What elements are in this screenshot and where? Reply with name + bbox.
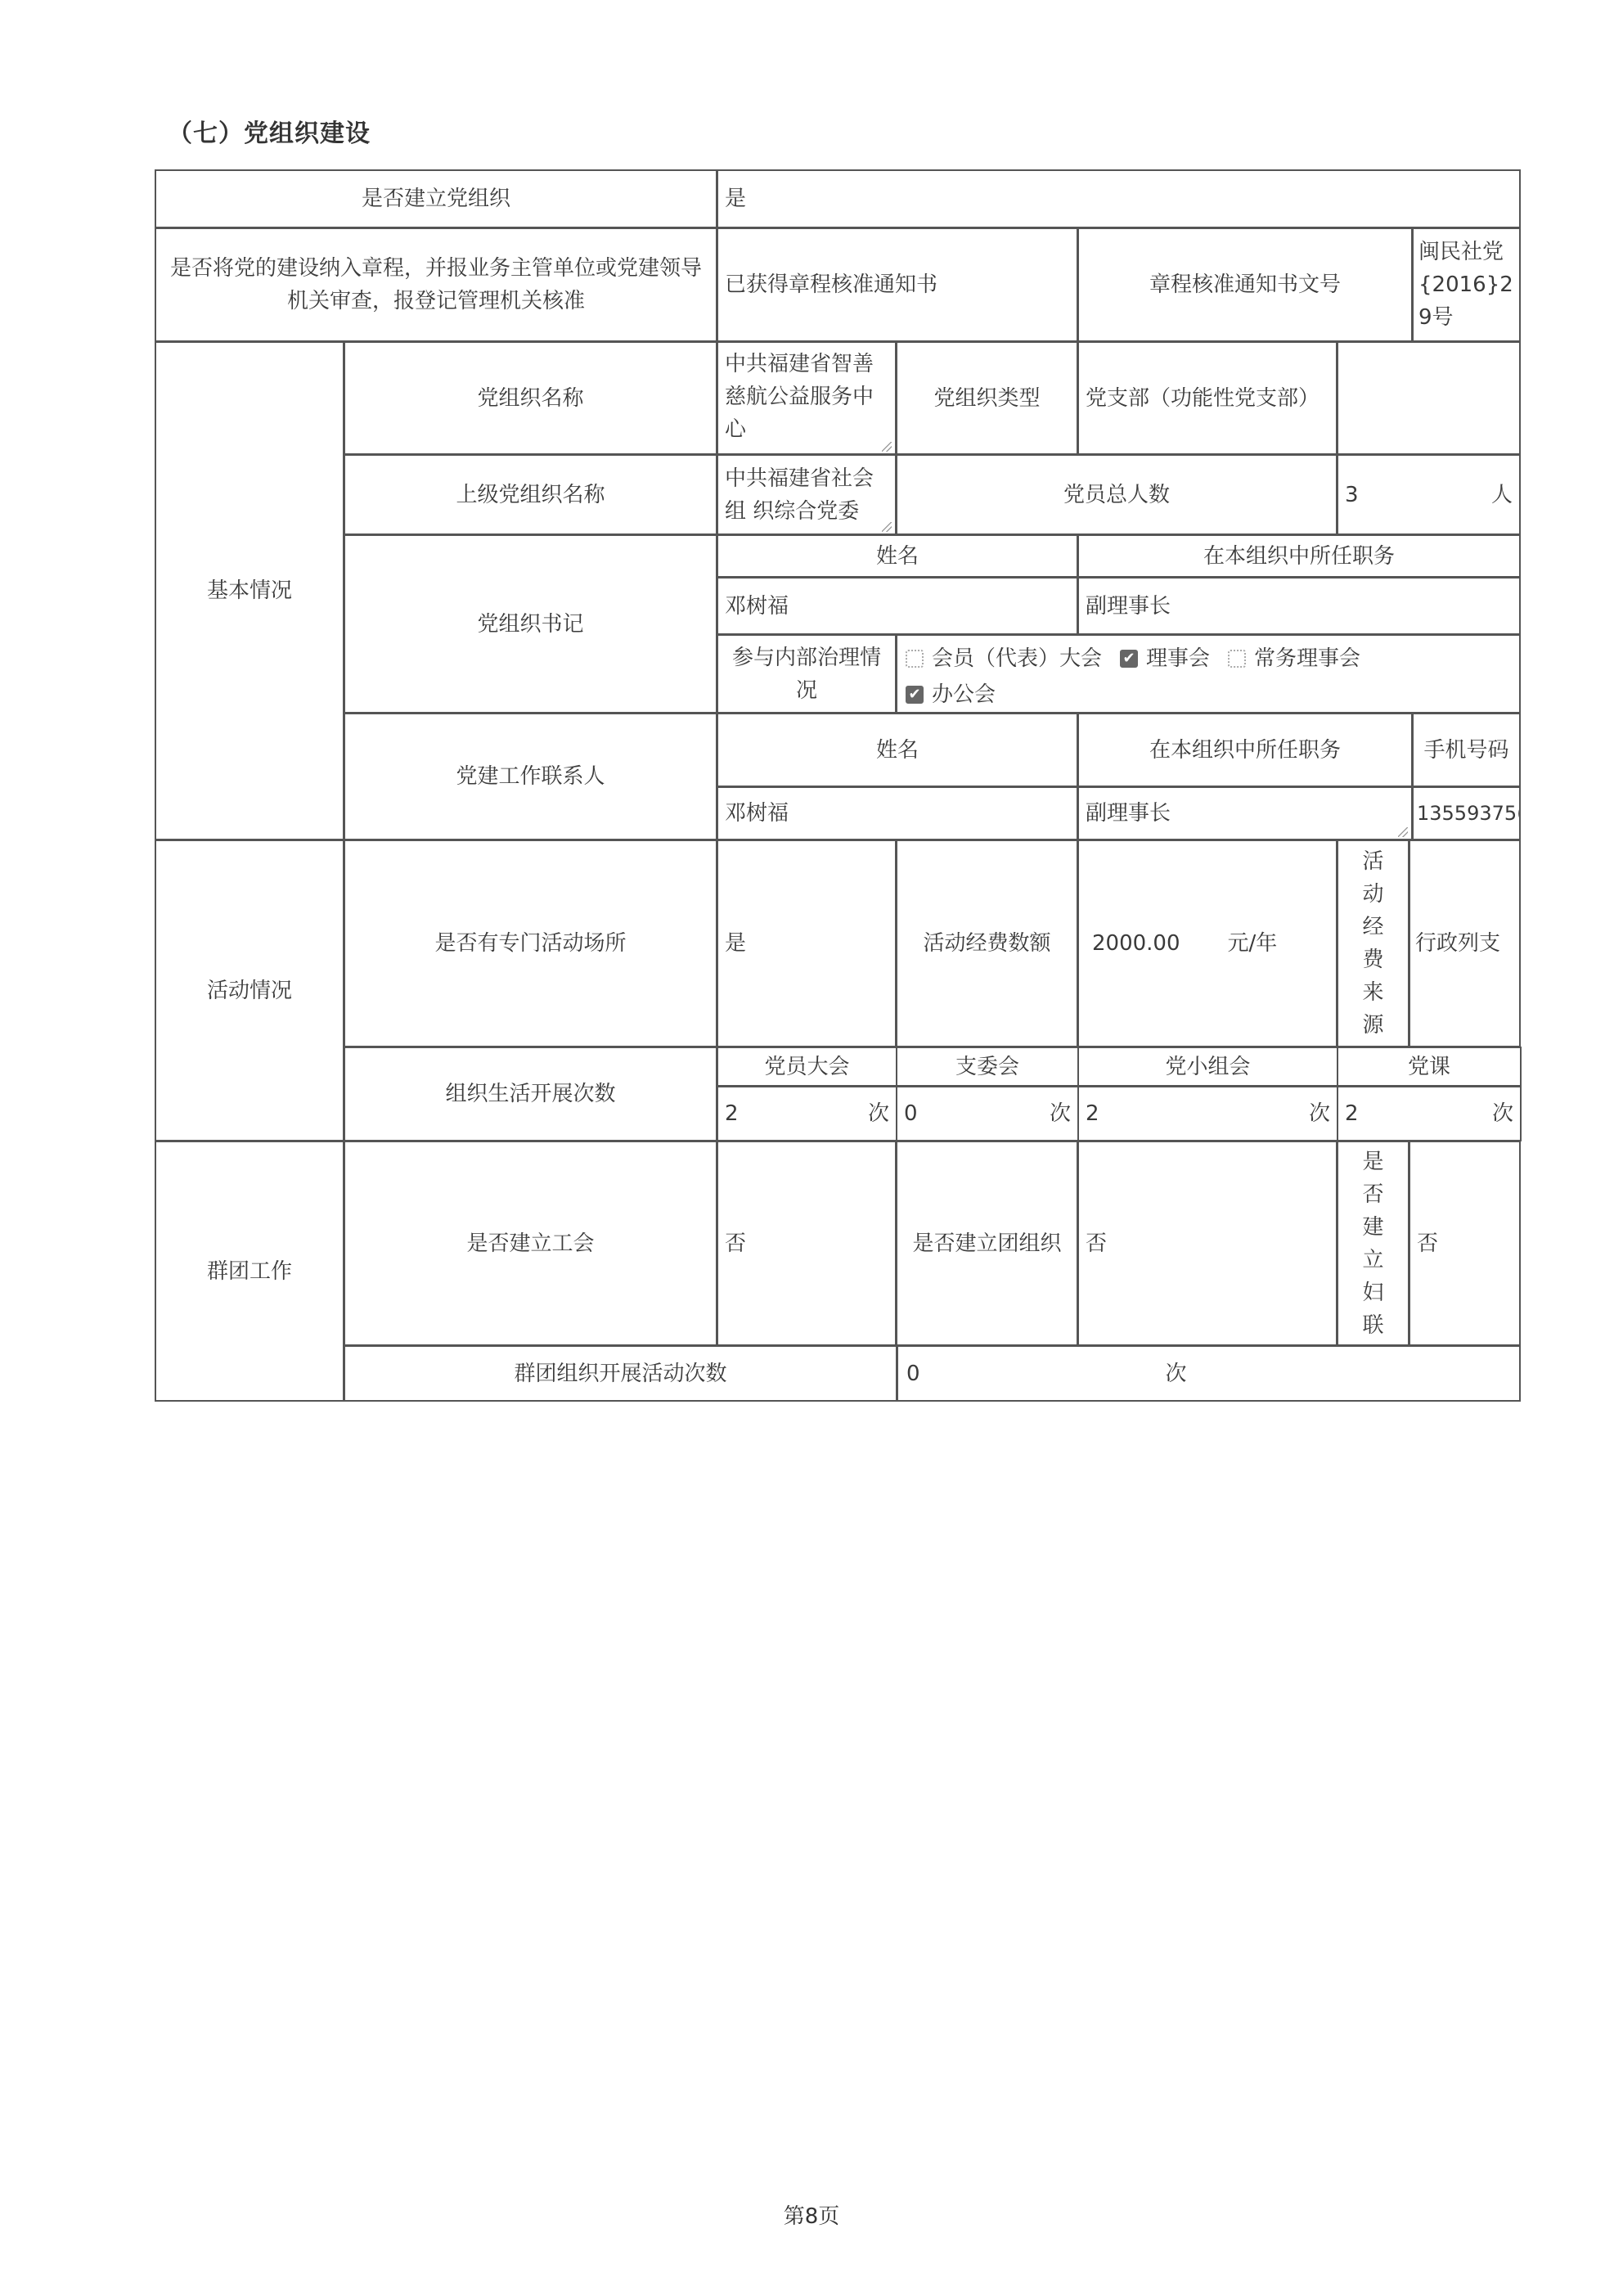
charter-label: 是否将党的建设纳入章程，并报业务主管单位或党建领导机关审查，报登记管理机关核准 bbox=[155, 227, 717, 342]
activity-group-text: 活动情况 bbox=[207, 975, 292, 1007]
secretary-label: 党组织书记 bbox=[344, 534, 717, 714]
contact-phone-header: 手机号码 bbox=[1412, 713, 1521, 787]
meeting-count: 2 bbox=[725, 1097, 739, 1130]
org-name-value[interactable]: 中共福建省智善慈航公益服务中心 bbox=[717, 341, 897, 455]
secretary-position-header-text: 在本组织中所任职务 bbox=[1203, 540, 1395, 573]
checkbox-unchecked-icon[interactable] bbox=[906, 650, 924, 668]
governance-option-label: 会员（代表）大会 bbox=[932, 642, 1102, 675]
charter-doc-label: 章程核准通知书文号 bbox=[1077, 227, 1413, 342]
org-name-label: 党组织名称 bbox=[344, 341, 717, 455]
vertical-char: 是 bbox=[1362, 1146, 1383, 1178]
youth-value-text: 否 bbox=[1086, 1227, 1107, 1260]
resize-handle-icon[interactable] bbox=[882, 522, 892, 532]
governance-label-text: 参与内部治理情况 bbox=[730, 642, 883, 707]
venue-value[interactable]: 是 bbox=[717, 840, 897, 1047]
vertical-char: 动 bbox=[1362, 878, 1383, 911]
meetings-label-text: 组织生活开展次数 bbox=[445, 1078, 615, 1110]
meeting-count-unit: 次 bbox=[1050, 1097, 1071, 1130]
contact-name-value[interactable]: 邓树福 bbox=[717, 786, 1078, 840]
contact-name-text: 邓树福 bbox=[725, 797, 789, 830]
governance-option[interactable]: ✔办公会 bbox=[906, 678, 1468, 711]
member-count-field[interactable]: 3 人 bbox=[1337, 454, 1521, 535]
meeting-header: 党员大会 bbox=[717, 1047, 897, 1087]
member-count-unit: 人 bbox=[1491, 479, 1513, 511]
funds-source-value-text: 行政列支 bbox=[1415, 927, 1500, 960]
vertical-char: 活 bbox=[1362, 845, 1383, 878]
women-value[interactable]: 否 bbox=[1409, 1141, 1521, 1346]
parent-org-value[interactable]: 中共福建省社会组 织综合党委 bbox=[717, 454, 897, 535]
resize-handle-icon[interactable] bbox=[882, 442, 892, 452]
mass-group-text: 群团工作 bbox=[207, 1255, 292, 1288]
governance-option-label: 常务理事会 bbox=[1254, 642, 1360, 675]
basic-group-text: 基本情况 bbox=[207, 574, 292, 607]
governance-option-label: 理事会 bbox=[1146, 642, 1210, 675]
section-title: （七）党组织建设 bbox=[168, 113, 371, 149]
vertical-char: 费 bbox=[1362, 943, 1383, 976]
meeting-count-field[interactable]: 2次 bbox=[1077, 1086, 1338, 1141]
org-type-label-text: 党组织类型 bbox=[933, 382, 1040, 415]
contact-phone-value[interactable]: 13559375( bbox=[1412, 786, 1521, 840]
youth-value[interactable]: 否 bbox=[1077, 1141, 1338, 1346]
secretary-name-header-text: 姓名 bbox=[876, 540, 919, 573]
venue-label-text: 是否有专门活动场所 bbox=[434, 927, 626, 960]
venue-value-text: 是 bbox=[725, 927, 746, 960]
meeting-count-field[interactable]: 0次 bbox=[896, 1086, 1079, 1141]
funds-field[interactable]: 2000.00 元/年 bbox=[1077, 840, 1338, 1047]
parent-org-label: 上级党组织名称 bbox=[344, 454, 717, 535]
charter-doc-value[interactable]: 闽民社党{2016}29号 bbox=[1412, 227, 1521, 342]
secretary-name-header: 姓名 bbox=[717, 534, 1078, 578]
contact-label: 党建工作联系人 bbox=[344, 713, 717, 840]
meeting-count: 2 bbox=[1086, 1097, 1099, 1130]
secretary-label-text: 党组织书记 bbox=[477, 608, 583, 641]
charter-doc-value-text: 闽民社党{2016}29号 bbox=[1418, 236, 1514, 334]
secretary-name-text: 邓树福 bbox=[725, 590, 789, 623]
member-count-value: 3 bbox=[1345, 479, 1359, 511]
vertical-char: 建 bbox=[1362, 1211, 1383, 1244]
vertical-char: 源 bbox=[1362, 1009, 1383, 1042]
secretary-name-value[interactable]: 邓树福 bbox=[717, 577, 1078, 635]
checkbox-checked-icon[interactable]: ✔ bbox=[906, 686, 924, 704]
org-type-extra[interactable] bbox=[1337, 341, 1521, 455]
meeting-count-unit: 次 bbox=[868, 1097, 889, 1130]
org-type-value[interactable]: 党支部（功能性党支部） bbox=[1077, 341, 1338, 455]
meeting-count: 2 bbox=[1345, 1097, 1359, 1130]
union-value-text: 否 bbox=[725, 1227, 746, 1260]
member-count-label-text: 党员总人数 bbox=[1063, 479, 1170, 511]
meeting-count-unit: 次 bbox=[1492, 1097, 1513, 1130]
org-name-label-text: 党组织名称 bbox=[477, 382, 583, 415]
charter-value-text: 已获得章程核准通知书 bbox=[725, 268, 937, 301]
governance-option[interactable]: 会员（代表）大会 bbox=[906, 642, 1102, 675]
vertical-char: 否 bbox=[1362, 1178, 1383, 1211]
meeting-header: 党课 bbox=[1337, 1047, 1522, 1087]
funds-value: 2000.00 bbox=[1092, 927, 1180, 960]
checkbox-checked-icon[interactable]: ✔ bbox=[1120, 650, 1138, 668]
member-count-label: 党员总人数 bbox=[896, 454, 1338, 535]
union-label-text: 是否建立工会 bbox=[466, 1227, 594, 1260]
meetings-label: 组织生活开展次数 bbox=[344, 1047, 717, 1141]
mass-activities-count: 0 bbox=[906, 1357, 920, 1390]
secretary-position-text: 副理事长 bbox=[1086, 590, 1171, 623]
venue-label: 是否有专门活动场所 bbox=[344, 840, 717, 1047]
governance-checkbox-list: 会员（代表）大会✔理事会常务理事会✔办公会 bbox=[897, 636, 1477, 718]
meeting-count-unit: 次 bbox=[1309, 1097, 1330, 1130]
org-type-label: 党组织类型 bbox=[896, 341, 1078, 455]
women-value-text: 否 bbox=[1417, 1227, 1438, 1260]
youth-label-text: 是否建立团组织 bbox=[912, 1227, 1061, 1260]
secretary-position-header: 在本组织中所任职务 bbox=[1077, 534, 1521, 578]
vertical-char: 立 bbox=[1362, 1244, 1383, 1276]
funds-source-value[interactable]: 行政列支 bbox=[1409, 840, 1521, 1047]
funds-source-label: 活动经费来源 bbox=[1337, 840, 1409, 1047]
resize-handle-icon[interactable] bbox=[1398, 827, 1408, 837]
mass-activities-field[interactable]: 0 次 bbox=[897, 1345, 1521, 1402]
mass-group-label: 群团工作 bbox=[155, 1141, 344, 1402]
contact-label-text: 党建工作联系人 bbox=[456, 760, 605, 793]
vertical-char: 经 bbox=[1362, 911, 1383, 943]
mass-activities-label: 群团组织开展活动次数 bbox=[344, 1345, 897, 1402]
governance-options: 会员（代表）大会✔理事会常务理事会✔办公会 bbox=[896, 634, 1521, 714]
charter-label-text: 是否将党的建设纳入章程，并报业务主管单位或党建领导机关审查，报登记管理机关核准 bbox=[168, 252, 704, 317]
meeting-header: 党小组会 bbox=[1077, 1047, 1338, 1087]
governance-label: 参与内部治理情况 bbox=[717, 634, 897, 714]
governance-option-label: 办公会 bbox=[932, 678, 996, 711]
contact-name-header: 姓名 bbox=[717, 713, 1078, 787]
meeting-count-field[interactable]: 2次 bbox=[717, 1086, 897, 1141]
basic-group-label: 基本情况 bbox=[155, 341, 344, 840]
union-label: 是否建立工会 bbox=[344, 1141, 717, 1346]
page-number: 第8页 bbox=[0, 2199, 1623, 2230]
meeting-count-field[interactable]: 2次 bbox=[1337, 1086, 1522, 1141]
established-value[interactable]: 是 bbox=[717, 169, 1521, 228]
activity-group-label: 活动情况 bbox=[155, 840, 344, 1141]
governance-option[interactable]: ✔理事会 bbox=[1120, 642, 1210, 675]
mass-activities-unit: 次 bbox=[1166, 1357, 1187, 1390]
meeting-header: 支委会 bbox=[896, 1047, 1079, 1087]
funds-label: 活动经费数额 bbox=[896, 840, 1078, 1047]
contact-position-header: 在本组织中所任职务 bbox=[1077, 713, 1413, 787]
contact-position-value[interactable]: 副理事长 bbox=[1077, 786, 1413, 840]
women-label: 是否建立妇联 bbox=[1337, 1141, 1409, 1346]
mass-activities-label-text: 群团组织开展活动次数 bbox=[514, 1357, 726, 1390]
established-label-text: 是否建立党组织 bbox=[362, 182, 510, 215]
governance-option[interactable]: 常务理事会 bbox=[1228, 642, 1360, 675]
contact-phone-header-text: 手机号码 bbox=[1423, 734, 1508, 767]
org-type-value-text: 党支部（功能性党支部） bbox=[1086, 382, 1320, 415]
union-value[interactable]: 否 bbox=[717, 1141, 897, 1346]
checkbox-unchecked-icon[interactable] bbox=[1228, 650, 1246, 668]
org-name-value-text: 中共福建省智善慈航公益服务中心 bbox=[725, 352, 874, 442]
funds-unit: 元/年 bbox=[1228, 927, 1278, 960]
established-value-text: 是 bbox=[725, 182, 746, 215]
secretary-position-value[interactable]: 副理事长 bbox=[1077, 577, 1521, 635]
established-label: 是否建立党组织 bbox=[155, 169, 717, 228]
funds-label-text: 活动经费数额 bbox=[923, 927, 1050, 960]
contact-position-header-text: 在本组织中所任职务 bbox=[1149, 734, 1341, 767]
contact-position-text: 副理事长 bbox=[1086, 797, 1171, 830]
meeting-count: 0 bbox=[904, 1097, 918, 1130]
contact-phone-text: 13559375( bbox=[1417, 797, 1521, 830]
contact-name-header-text: 姓名 bbox=[876, 734, 919, 767]
charter-doc-label-text: 章程核准通知书文号 bbox=[1149, 268, 1341, 301]
vertical-char: 联 bbox=[1362, 1309, 1383, 1342]
vertical-char: 来 bbox=[1362, 976, 1383, 1009]
parent-org-label-text: 上级党组织名称 bbox=[456, 479, 605, 511]
parent-org-value-text: 中共福建省社会组 织综合党委 bbox=[725, 466, 874, 524]
vertical-char: 妇 bbox=[1362, 1276, 1383, 1309]
charter-value[interactable]: 已获得章程核准通知书 bbox=[717, 227, 1078, 342]
youth-label: 是否建立团组织 bbox=[896, 1141, 1078, 1346]
